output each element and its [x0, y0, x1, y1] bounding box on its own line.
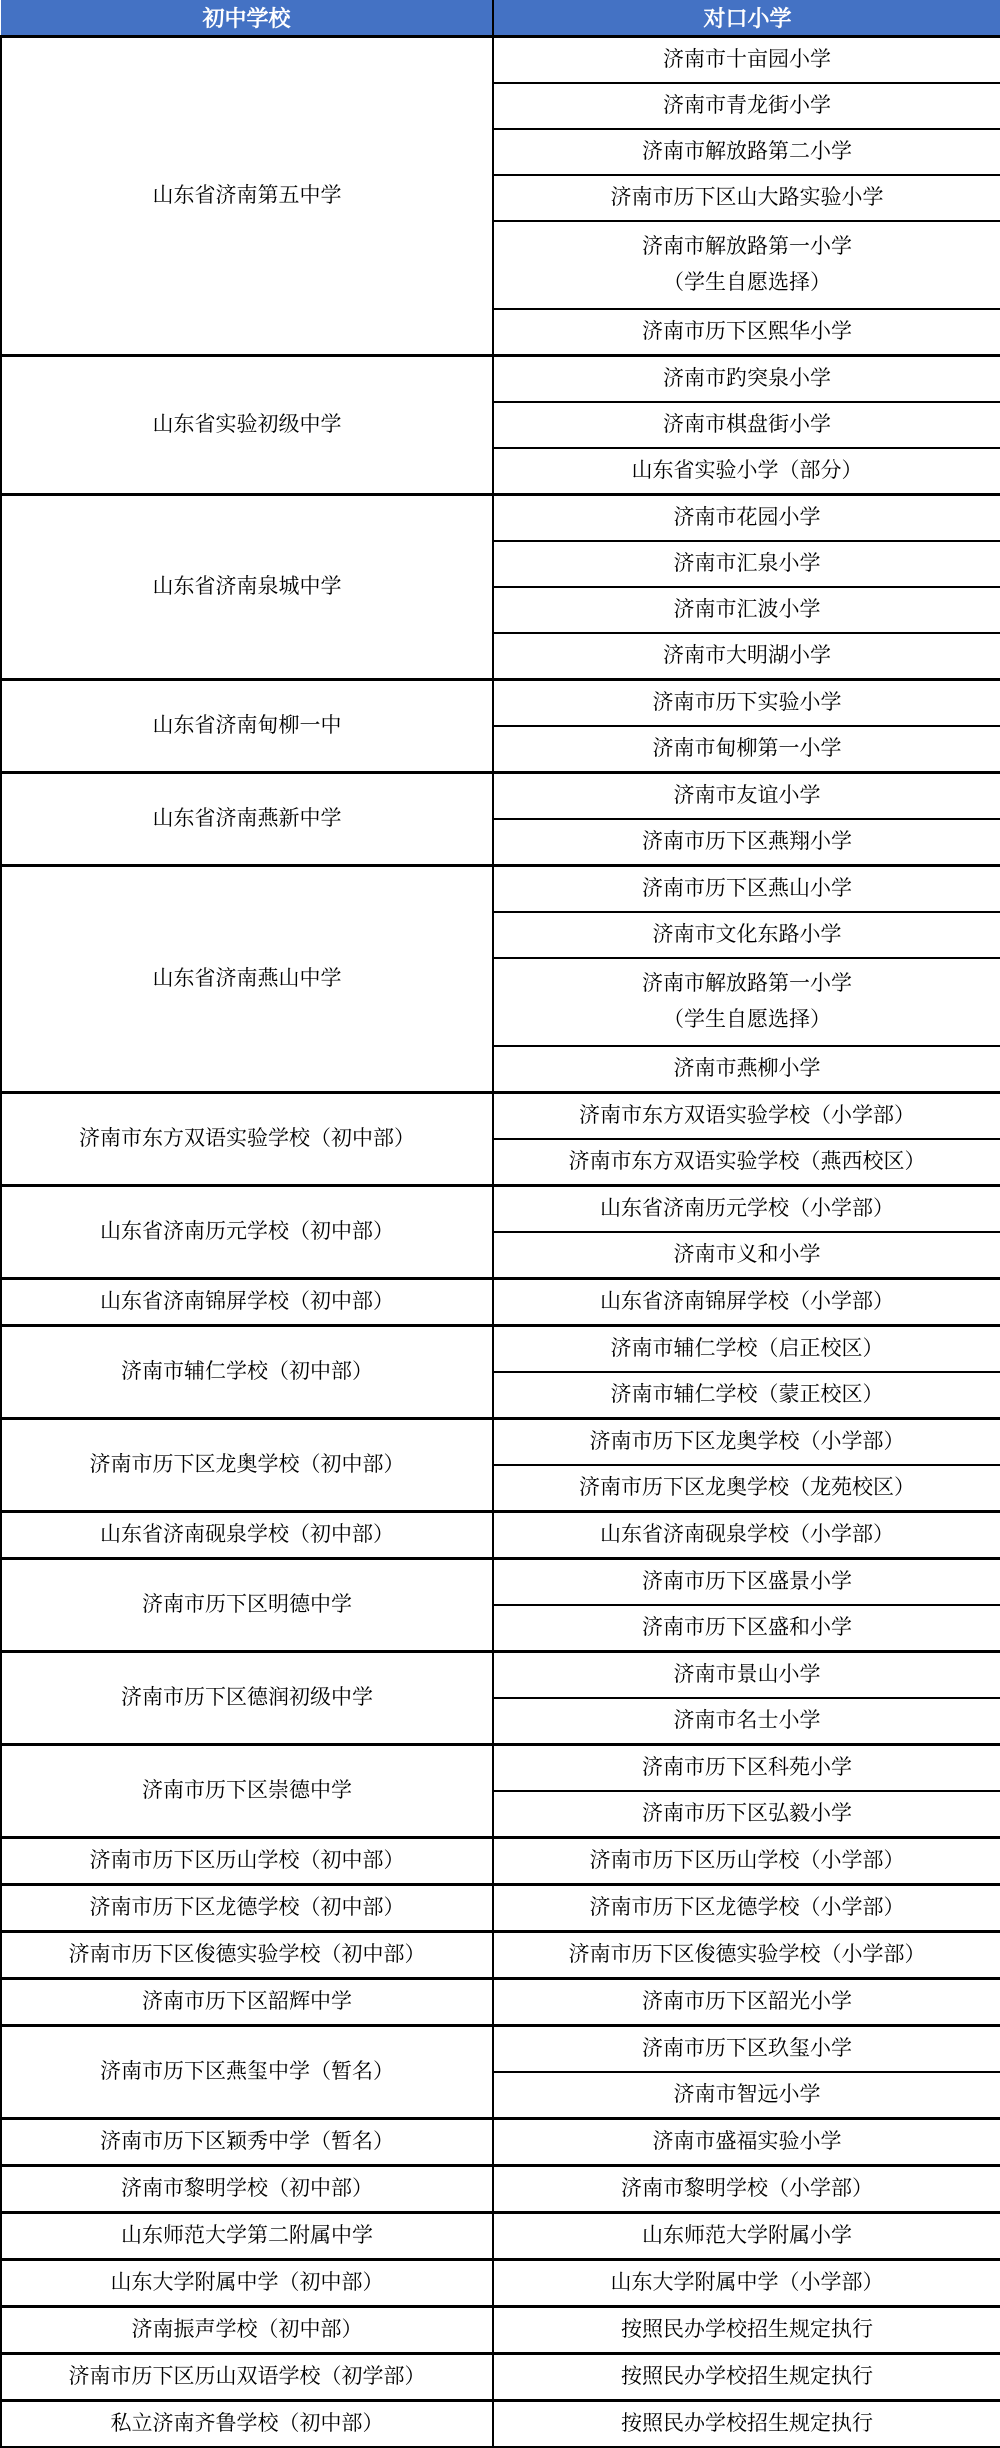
middle-school-cell: 济南市历下区燕玺中学（暂名） — [1, 2026, 493, 2119]
table-row: 山东师范大学第二附属中学山东师范大学附属小学 — [1, 2213, 1000, 2260]
table-row: 山东省济南历元学校（初中部）山东省济南历元学校（小学部） — [1, 1186, 1000, 1233]
primary-school-cell: 山东大学附属中学（小学部） — [493, 2260, 1000, 2307]
primary-school-cell: 济南市历下区燕山小学 — [493, 866, 1000, 913]
table-row: 山东省济南泉城中学济南市花园小学 — [1, 495, 1000, 542]
primary-school-cell: 济南市历下区历山学校（小学部） — [493, 1838, 1000, 1885]
middle-school-cell: 山东省实验初级中学 — [1, 356, 493, 495]
primary-school-cell: 济南市历下区龙奥学校（小学部） — [493, 1419, 1000, 1466]
primary-school-cell: 山东省济南砚泉学校（小学部） — [493, 1512, 1000, 1559]
primary-school-cell: 济南市友谊小学 — [493, 773, 1000, 820]
middle-school-cell: 山东大学附属中学（初中部） — [1, 2260, 493, 2307]
primary-school-cell: 济南市历下区山大路实验小学 — [493, 175, 1000, 221]
table-row: 山东省济南砚泉学校（初中部）山东省济南砚泉学校（小学部） — [1, 1512, 1000, 1559]
primary-school-cell: 济南市甸柳第一小学 — [493, 726, 1000, 773]
middle-school-cell: 山东省济南锦屏学校（初中部） — [1, 1279, 493, 1326]
table-row: 山东省济南锦屏学校（初中部）山东省济南锦屏学校（小学部） — [1, 1279, 1000, 1326]
primary-school-cell: 山东省济南历元学校（小学部） — [493, 1186, 1000, 1233]
primary-school-cell: 济南市汇泉小学 — [493, 541, 1000, 587]
middle-school-cell: 济南市辅仁学校（初中部） — [1, 1326, 493, 1419]
middle-school-cell: 济南市历下区明德中学 — [1, 1559, 493, 1652]
table-row: 济南市历下区燕玺中学（暂名）济南市历下区玖玺小学 — [1, 2026, 1000, 2073]
header-middle-school: 初中学校 — [1, 0, 493, 37]
middle-school-cell: 山东师范大学第二附属中学 — [1, 2213, 493, 2260]
primary-school-cell: 济南市智远小学 — [493, 2072, 1000, 2119]
middle-school-cell: 山东省济南燕新中学 — [1, 773, 493, 866]
primary-school-cell: 济南市历下区龙奥学校（龙苑校区） — [493, 1465, 1000, 1512]
primary-school-cell: 济南市大明湖小学 — [493, 633, 1000, 680]
primary-school-cell: 济南市青龙街小学 — [493, 83, 1000, 129]
middle-school-cell: 济南市历下区龙奥学校（初中部） — [1, 1419, 493, 1512]
primary-school-cell: 济南市东方双语实验学校（小学部） — [493, 1093, 1000, 1140]
primary-school-cell: 济南市棋盘街小学 — [493, 402, 1000, 448]
primary-school-cell: 山东省实验小学（部分） — [493, 448, 1000, 495]
primary-school-cell: 济南市汇波小学 — [493, 587, 1000, 633]
primary-school-cell: 济南市黎明学校（小学部） — [493, 2166, 1000, 2213]
middle-school-cell: 济南市黎明学校（初中部） — [1, 2166, 493, 2213]
table-row: 济南市历下区历山双语学校（初学部）按照民办学校招生规定执行 — [1, 2354, 1000, 2401]
primary-school-cell: 济南市解放路第二小学 — [493, 129, 1000, 175]
table-row: 山东省济南燕新中学济南市友谊小学 — [1, 773, 1000, 820]
middle-school-cell: 济南市历下区历山双语学校（初学部） — [1, 2354, 493, 2401]
middle-school-cell: 济南市历下区崇德中学 — [1, 1745, 493, 1838]
primary-school-cell: 按照民办学校招生规定执行 — [493, 2401, 1000, 2448]
table-row: 济南市历下区俊德实验学校（初中部）济南市历下区俊德实验学校（小学部） — [1, 1932, 1000, 1979]
middle-school-cell: 山东省济南第五中学 — [1, 37, 493, 356]
middle-school-cell: 济南市东方双语实验学校（初中部） — [1, 1093, 493, 1186]
table-row: 济南市东方双语实验学校（初中部）济南市东方双语实验学校（小学部） — [1, 1093, 1000, 1140]
table-row: 济南市历下区龙奥学校（初中部）济南市历下区龙奥学校（小学部） — [1, 1419, 1000, 1466]
table-row: 济南市历下区明德中学济南市历下区盛景小学 — [1, 1559, 1000, 1606]
middle-school-cell: 私立济南齐鲁学校（初中部） — [1, 2401, 493, 2448]
primary-school-cell: 济南市历下区盛和小学 — [493, 1605, 1000, 1652]
primary-school-cell: 济南市历下区俊德实验学校（小学部） — [493, 1932, 1000, 1979]
table-row: 山东省实验初级中学济南市趵突泉小学 — [1, 356, 1000, 403]
primary-school-cell: 济南市历下区韶光小学 — [493, 1979, 1000, 2026]
primary-school-cell: 济南市义和小学 — [493, 1232, 1000, 1279]
table-row: 济南市历下区韶辉中学济南市历下区韶光小学 — [1, 1979, 1000, 2026]
middle-school-cell: 山东省济南燕山中学 — [1, 866, 493, 1093]
table-row: 济南市历下区龙德学校（初中部）济南市历下区龙德学校（小学部） — [1, 1885, 1000, 1932]
middle-school-cell: 山东省济南甸柳一中 — [1, 680, 493, 773]
primary-school-cell: 济南市历下区科苑小学 — [493, 1745, 1000, 1792]
school-mapping-table-wrapper: 初中学校 对口小学 山东省济南第五中学济南市十亩园小学济南市青龙街小学济南市解放… — [0, 0, 1000, 2448]
primary-school-cell: 济南市解放路第一小学 （学生自愿选择） — [493, 221, 1000, 309]
primary-school-cell: 济南市文化东路小学 — [493, 912, 1000, 958]
primary-school-cell: 济南市历下区弘毅小学 — [493, 1791, 1000, 1838]
primary-school-cell: 济南市趵突泉小学 — [493, 356, 1000, 403]
table-row: 山东省济南第五中学济南市十亩园小学 — [1, 37, 1000, 84]
table-row: 济南市历下区崇德中学济南市历下区科苑小学 — [1, 1745, 1000, 1792]
table-header: 初中学校 对口小学 — [1, 0, 1000, 37]
primary-school-cell: 济南市历下实验小学 — [493, 680, 1000, 727]
table-row: 济南市历下区历山学校（初中部）济南市历下区历山学校（小学部） — [1, 1838, 1000, 1885]
middle-school-cell: 山东省济南泉城中学 — [1, 495, 493, 680]
table-row: 山东省济南燕山中学济南市历下区燕山小学 — [1, 866, 1000, 913]
middle-school-cell: 济南市历下区德润初级中学 — [1, 1652, 493, 1745]
middle-school-cell: 济南市历下区韶辉中学 — [1, 1979, 493, 2026]
primary-school-cell: 济南市解放路第一小学 （学生自愿选择） — [493, 958, 1000, 1046]
primary-school-cell: 济南市盛福实验小学 — [493, 2119, 1000, 2166]
middle-school-cell: 济南市历下区历山学校（初中部） — [1, 1838, 493, 1885]
primary-school-cell: 济南市历下区玖玺小学 — [493, 2026, 1000, 2073]
primary-school-cell: 按照民办学校招生规定执行 — [493, 2307, 1000, 2354]
middle-school-cell: 山东省济南历元学校（初中部） — [1, 1186, 493, 1279]
primary-school-cell: 山东省济南锦屏学校（小学部） — [493, 1279, 1000, 1326]
middle-school-cell: 济南市历下区龙德学校（初中部） — [1, 1885, 493, 1932]
primary-school-cell: 济南市东方双语实验学校（燕西校区） — [493, 1139, 1000, 1186]
middle-school-cell: 济南市历下区俊德实验学校（初中部） — [1, 1932, 493, 1979]
primary-school-cell: 济南市历下区龙德学校（小学部） — [493, 1885, 1000, 1932]
table-row: 山东省济南甸柳一中济南市历下实验小学 — [1, 680, 1000, 727]
primary-school-cell: 济南市辅仁学校（蒙正校区） — [493, 1372, 1000, 1419]
primary-school-cell: 济南市景山小学 — [493, 1652, 1000, 1699]
middle-school-cell: 济南市历下区颖秀中学（暂名） — [1, 2119, 493, 2166]
primary-school-cell: 山东师范大学附属小学 — [493, 2213, 1000, 2260]
table-row: 济南振声学校（初中部）按照民办学校招生规定执行 — [1, 2307, 1000, 2354]
school-mapping-table: 初中学校 对口小学 山东省济南第五中学济南市十亩园小学济南市青龙街小学济南市解放… — [0, 0, 1000, 2448]
table-body: 山东省济南第五中学济南市十亩园小学济南市青龙街小学济南市解放路第二小学济南市历下… — [1, 37, 1000, 2448]
middle-school-cell: 济南振声学校（初中部） — [1, 2307, 493, 2354]
primary-school-cell: 济南市燕柳小学 — [493, 1046, 1000, 1093]
table-row: 济南市黎明学校（初中部）济南市黎明学校（小学部） — [1, 2166, 1000, 2213]
table-row: 济南市辅仁学校（初中部）济南市辅仁学校（启正校区） — [1, 1326, 1000, 1373]
primary-school-cell: 济南市十亩园小学 — [493, 37, 1000, 84]
table-row: 私立济南齐鲁学校（初中部）按照民办学校招生规定执行 — [1, 2401, 1000, 2448]
primary-school-cell: 济南市历下区熙华小学 — [493, 309, 1000, 356]
primary-school-cell: 济南市名士小学 — [493, 1698, 1000, 1745]
primary-school-cell: 济南市辅仁学校（启正校区） — [493, 1326, 1000, 1373]
primary-school-cell: 济南市历下区燕翔小学 — [493, 819, 1000, 866]
middle-school-cell: 山东省济南砚泉学校（初中部） — [1, 1512, 493, 1559]
primary-school-cell: 济南市历下区盛景小学 — [493, 1559, 1000, 1606]
header-primary-school: 对口小学 — [493, 0, 1000, 37]
table-row: 济南市历下区颖秀中学（暂名）济南市盛福实验小学 — [1, 2119, 1000, 2166]
table-row: 山东大学附属中学（初中部）山东大学附属中学（小学部） — [1, 2260, 1000, 2307]
table-row: 济南市历下区德润初级中学济南市景山小学 — [1, 1652, 1000, 1699]
primary-school-cell: 按照民办学校招生规定执行 — [493, 2354, 1000, 2401]
header-row: 初中学校 对口小学 — [1, 0, 1000, 37]
primary-school-cell: 济南市花园小学 — [493, 495, 1000, 542]
